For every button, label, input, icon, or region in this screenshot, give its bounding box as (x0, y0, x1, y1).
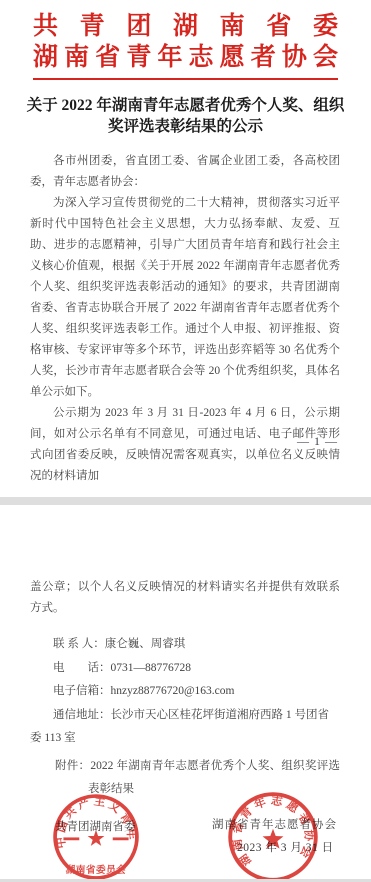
contact-line-person: 联 系 人：康仑巍、周睿琪 (30, 633, 340, 657)
youth-league-seal: 中国共产主义青年团 湖南省委员会 (52, 793, 140, 879)
seal-left-bar (63, 837, 79, 840)
page-number: — 1 — (297, 434, 338, 449)
letterhead: 共青团湖南省委 湖南省青年志愿者协会 (0, 0, 371, 73)
volunteer-association-seal: 湖南省青年志愿者协会 (227, 791, 319, 879)
document-title-line-2: 奖评选表彰结果的公示 (0, 116, 371, 137)
document-title: 关于 2022 年湖南青年志愿者优秀个人奖、组织 奖评选表彰结果的公示 (0, 95, 371, 137)
contact-line-phone: 电 话：0731—88776728 (30, 657, 340, 681)
contact-line-address: 通信地址：长沙市天心区桂花坪街道湘府西路 1 号团省委 113 室 (30, 704, 340, 751)
page-1: 共青团湖南省委 湖南省青年志愿者协会 关于 2022 年湖南青年志愿者优秀个人奖… (0, 0, 371, 497)
salutation-paragraph: 各市州团委，省直团工委、省属企业团工委，各高校团委，青年志愿者协会： (30, 151, 340, 193)
org-name-line-2: 湖南省青年志愿者协会 (33, 42, 338, 73)
contact-line-email: 电子信箱：hnzyz88776720@163.com (30, 680, 340, 704)
seal-right-bar (113, 837, 129, 840)
document-title-line-1: 关于 2022 年湖南青年志愿者优秀个人奖、组织 (0, 95, 371, 116)
intro-paragraph: 为深入学习宣传贯彻党的二十大精神，贯彻落实习近平新时代中国特色社会主义思想，大力… (30, 193, 340, 403)
org-name-line-1: 共青团湖南省委 (33, 11, 338, 42)
contact-block: 联 系 人：康仑巍、周睿琪 电 话：0731—88776728 电子信箱：hnz… (30, 633, 340, 751)
page-break (0, 497, 371, 505)
document-body: 各市州团委，省直团工委、省属企业团工委，各高校团委，青年志愿者协会： 为深入学习… (30, 151, 340, 487)
letterhead-divider (33, 78, 338, 80)
star-icon (263, 829, 284, 849)
publicity-period-paragraph: 公示期为 2023 年 3 月 31 日-2023 年 4 月 6 日，公示期间… (30, 403, 340, 487)
star-icon (88, 830, 105, 846)
seal-bottom-text: 湖南省委员会 (66, 863, 127, 876)
continuation-paragraph: 盖公章；以个人名义反映情况的材料请实名并提供有效联系方式。 (30, 505, 340, 619)
page-2: 盖公章；以个人名义反映情况的材料请实名并提供有效联系方式。 联 系 人：康仑巍、… (0, 505, 371, 879)
